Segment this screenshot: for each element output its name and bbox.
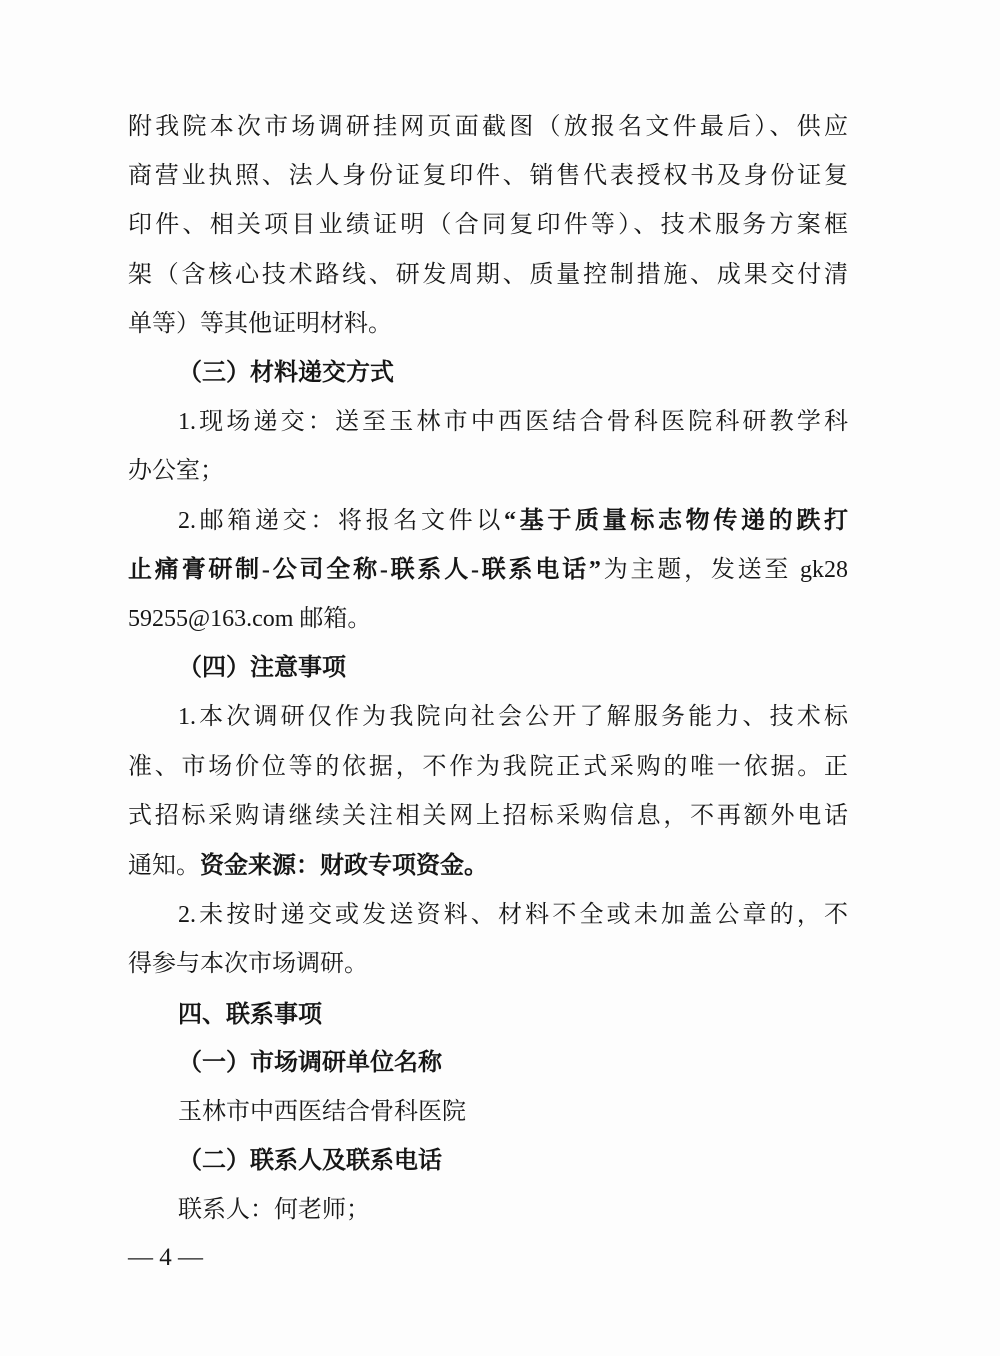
email-delivery-line-1: 2.邮箱递交：将报名文件以“基于质量标志物传递的跌打 bbox=[128, 497, 848, 546]
page-number: — 4 — bbox=[128, 1242, 203, 1274]
attachment-paragraph-line-3: 印件、相关项目业绩证明（合同复印件等）、技术服务方案框 bbox=[128, 201, 848, 250]
note1-line-2: 准、市场价位等的依据，不作为我院正式采购的唯一依据。正 bbox=[128, 743, 848, 792]
attachment-paragraph-line-1: 附我院本次市场调研挂网页面截图（放报名文件最后）、供应 bbox=[128, 103, 848, 152]
email-subject-bold-run: “基于质量标志物传递的跌打 bbox=[504, 508, 848, 534]
attachment-paragraph-line-4: 架（含核心技术路线、研发周期、质量控制措施、成果交付清 bbox=[128, 251, 848, 300]
text-run: 通知。 bbox=[128, 853, 200, 879]
text-run: 为主题，发送至 gk28 bbox=[601, 557, 848, 583]
email-subject-bold-run: 止痛膏研制-公司全称-联系人-联系电话” bbox=[128, 557, 601, 583]
document-body: 附我院本次市场调研挂网页面截图（放报名文件最后）、供应 商营业执照、法人身份证复… bbox=[128, 103, 848, 1236]
heading-material-delivery-method: （三）材料递交方式 bbox=[128, 349, 848, 398]
note1-line-1: 1.本次调研仅作为我院向社会公开了解服务能力、技术标 bbox=[128, 693, 848, 742]
attachment-paragraph-line-5: 单等）等其他证明材料。 bbox=[128, 300, 848, 349]
funding-source-bold-run: 资金来源：财政专项资金。 bbox=[200, 852, 488, 879]
heading-survey-unit-name: （一）市场调研单位名称 bbox=[128, 1039, 848, 1088]
note2-line-2: 得参与本次市场调研。 bbox=[128, 940, 848, 989]
text-run: 2.邮箱递交：将报名文件以 bbox=[178, 508, 504, 534]
note2-line-1: 2.未按时递交或发送资料、材料不全或未加盖公章的，不 bbox=[128, 891, 848, 940]
heading-contact-matters: 四、联系事项 bbox=[128, 990, 848, 1039]
note1-line-3: 式招标采购请继续关注相关网上招标采购信息，不再额外电话 bbox=[128, 792, 848, 841]
contact-person: 联系人：何老师； bbox=[128, 1186, 848, 1235]
onsite-delivery-line-2: 办公室； bbox=[128, 447, 848, 496]
onsite-delivery-line-1: 1.现场递交：送至玉林市中西医结合骨科医院科研教学科 bbox=[128, 398, 848, 447]
heading-contact-person-phone: （二）联系人及联系电话 bbox=[128, 1137, 848, 1186]
heading-notes: （四）注意事项 bbox=[128, 644, 848, 693]
survey-unit-name: 玉林市中西医结合骨科医院 bbox=[128, 1088, 848, 1137]
document-page: 附我院本次市场调研挂网页面截图（放报名文件最后）、供应 商营业执照、法人身份证复… bbox=[0, 0, 1000, 1356]
email-address-line: 59255@163.com 邮箱。 bbox=[128, 595, 848, 644]
attachment-paragraph-line-2: 商营业执照、法人身份证复印件、销售代表授权书及身份证复 bbox=[128, 152, 848, 201]
note1-line-4: 通知。资金来源：财政专项资金。 bbox=[128, 841, 848, 891]
email-delivery-line-2: 止痛膏研制-公司全称-联系人-联系电话”为主题，发送至 gk28 bbox=[128, 546, 848, 595]
